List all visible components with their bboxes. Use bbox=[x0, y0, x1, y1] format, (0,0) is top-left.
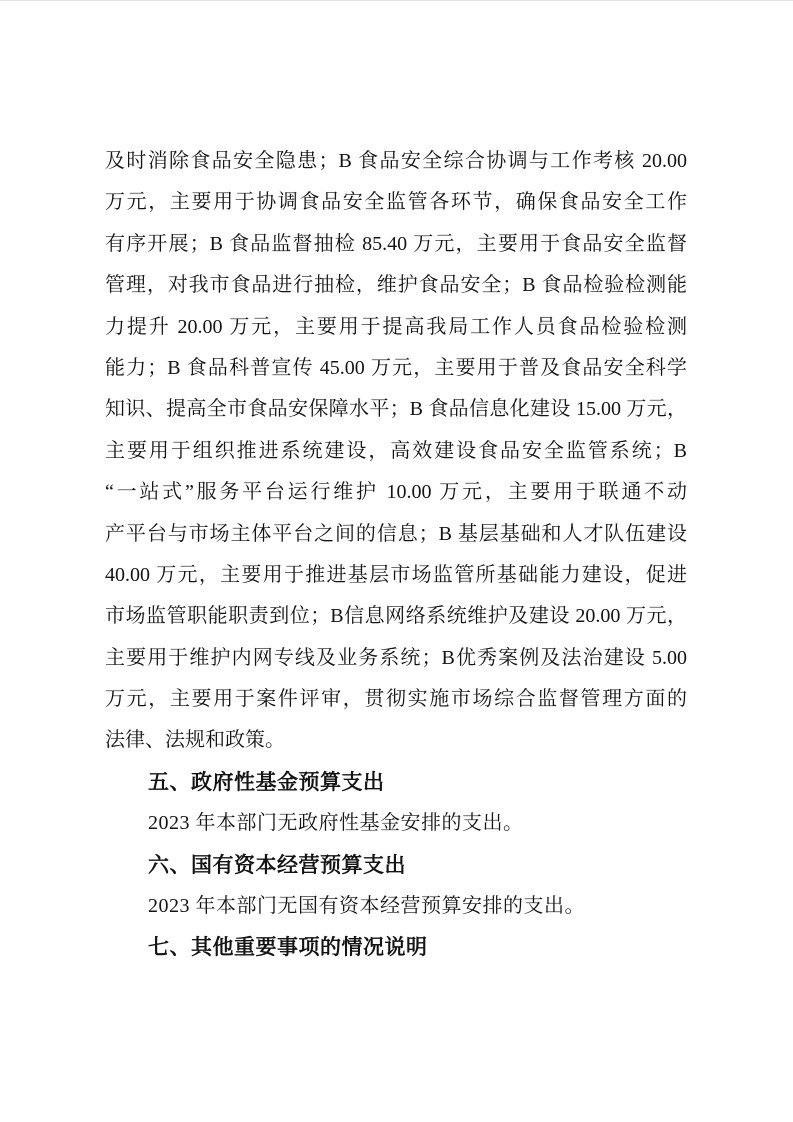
paragraph-line: 主要用于维护内网专线及业务系统；B优秀案例及法治建设 5.00 bbox=[105, 638, 687, 679]
section-state-capital: 六、国有资本经营预算支出 2023 年本部门无国有资本经营预算安排的支出。 bbox=[105, 845, 687, 928]
section-heading: 六、国有资本经营预算支出 bbox=[105, 845, 687, 886]
paragraph-line: “一站式”服务平台运行维护 10.00 万元，主要用于联通不动 bbox=[105, 472, 687, 513]
paragraph-line: 产平台与市场主体平台之间的信息；B 基层基础和人才队伍建设 bbox=[105, 514, 687, 555]
page-top-edge bbox=[0, 0, 793, 1]
paragraph-line: 主要用于组织推进系统建设，高效建设食品安全监管系统；B bbox=[105, 431, 687, 472]
section-heading: 七、其他重要事项的情况说明 bbox=[105, 927, 687, 968]
section-heading: 五、政府性基金预算支出 bbox=[105, 762, 687, 803]
paragraph-line: 及时消除食品安全隐患；B 食品安全综合协调与工作考核 20.00 bbox=[105, 141, 687, 182]
paragraph-line: 万元，主要用于案件评审，贯彻实施市场综合监督管理方面的 bbox=[105, 679, 687, 720]
paragraph-line: 法律、法规和政策。 bbox=[105, 720, 687, 761]
continuation-paragraph: 及时消除食品安全隐患；B 食品安全综合协调与工作考核 20.00 万元，主要用于… bbox=[105, 141, 687, 762]
paragraph-line: 万元，主要用于协调食品安全监管各环节，确保食品安全工作 bbox=[105, 182, 687, 223]
paragraph-line: 能力；B 食品科普宣传 45.00 万元，主要用于普及食品安全科学 bbox=[105, 348, 687, 389]
paragraph-line: 有序开展；B 食品监督抽检 85.40 万元，主要用于食品安全监督 bbox=[105, 224, 687, 265]
paragraph-line: 市场监管职能职责到位；B信息网络系统维护及建设 20.00 万元， bbox=[105, 596, 687, 637]
paragraph-line: 知识、提高全市食品安保障水平；B 食品信息化建设 15.00 万元， bbox=[105, 389, 687, 430]
document-page-content: 及时消除食品安全隐患；B 食品安全综合协调与工作考核 20.00 万元，主要用于… bbox=[105, 141, 687, 969]
section-government-funds: 五、政府性基金预算支出 2023 年本部门无政府性基金安排的支出。 bbox=[105, 762, 687, 845]
section-body: 2023 年本部门无国有资本经营预算安排的支出。 bbox=[105, 886, 687, 927]
paragraph-line: 40.00 万元，主要用于推进基层市场监管所基础能力建设，促进 bbox=[105, 555, 687, 596]
section-body: 2023 年本部门无政府性基金安排的支出。 bbox=[105, 803, 687, 844]
section-other-important-matters: 七、其他重要事项的情况说明 bbox=[105, 927, 687, 968]
paragraph-line: 力提升 20.00 万元，主要用于提高我局工作人员食品检验检测 bbox=[105, 307, 687, 348]
paragraph-line: 管理，对我市食品进行抽检，维护食品安全；B 食品检验检测能 bbox=[105, 265, 687, 306]
